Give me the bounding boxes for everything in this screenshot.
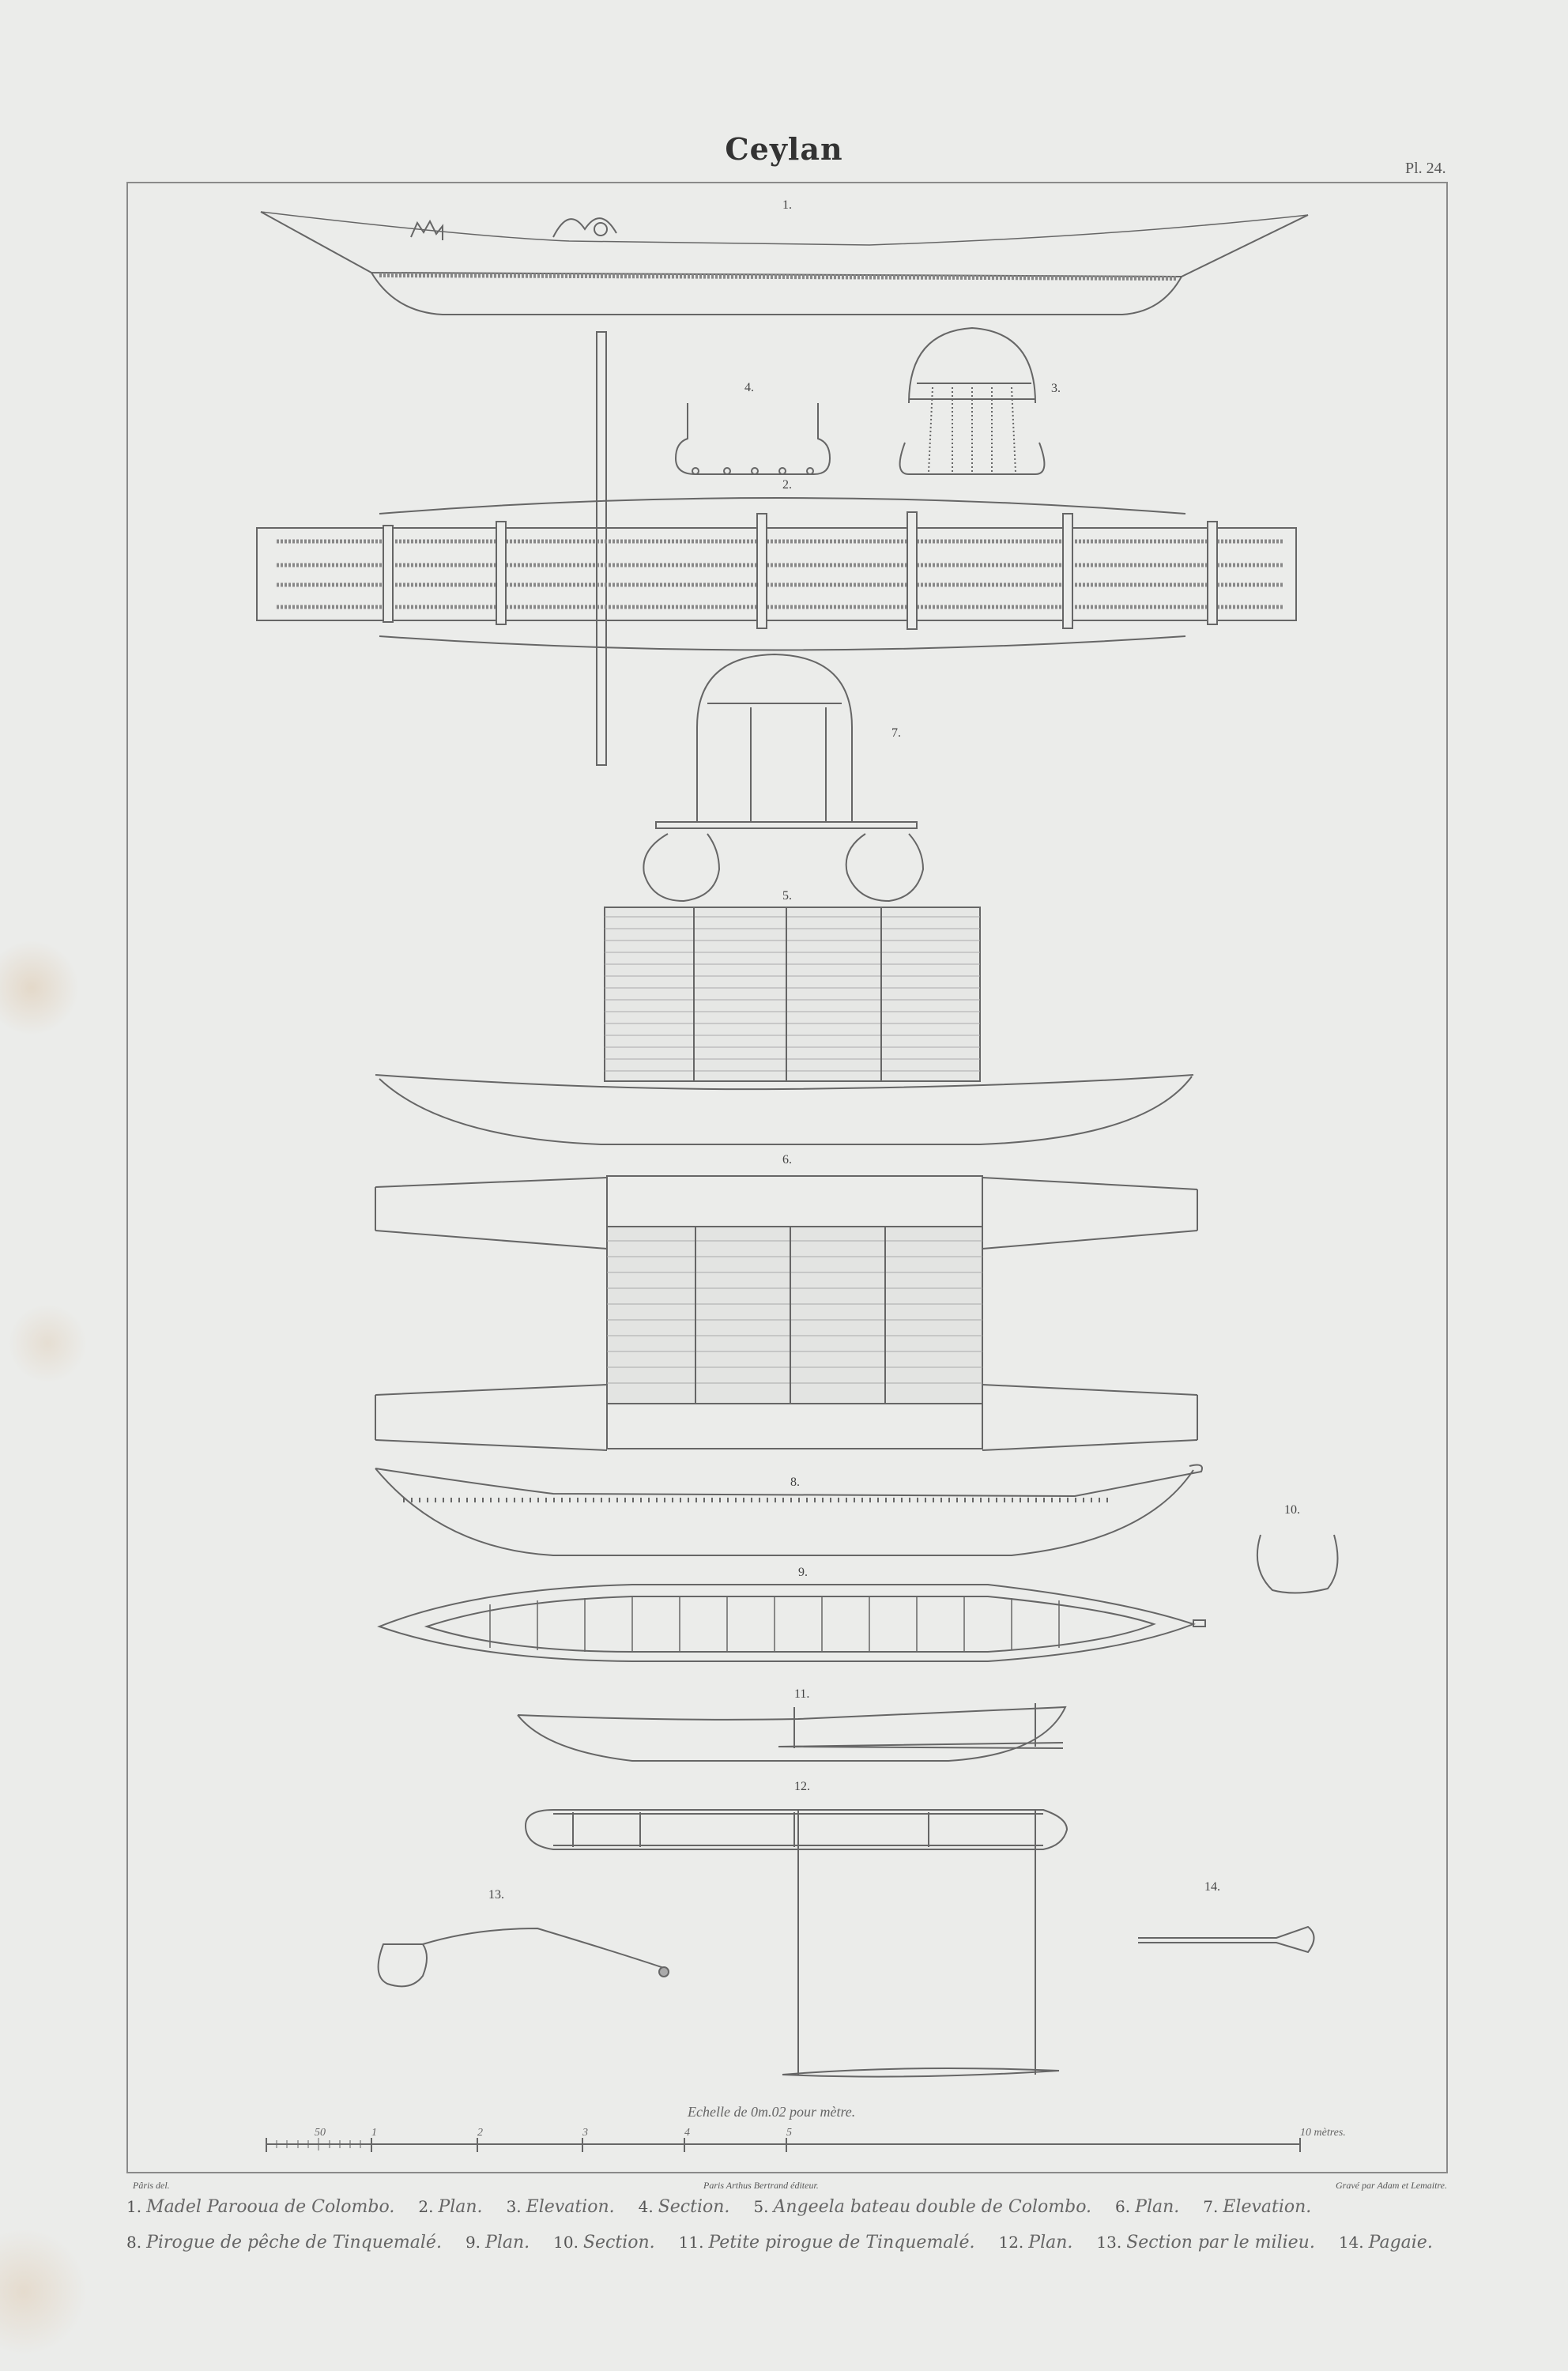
- legend-item-3: 3.Elevation.: [507, 2197, 615, 2217]
- figure-9-plan: 9.: [379, 1566, 1205, 1661]
- legend-item-9: 9.Plan.: [465, 2233, 530, 2252]
- figure-5-angeela: 5.: [375, 889, 1193, 1144]
- figure-11-petite-pirogue: 11.: [518, 1687, 1065, 1761]
- figure-4-section: 4. 2.: [676, 381, 830, 492]
- legend-item-5: 5.Angeela bateau double de Colombo.: [753, 2197, 1091, 2217]
- figure-3-label: 3.: [1051, 382, 1061, 395]
- figure-10-section: 10.: [1257, 1503, 1338, 1593]
- figure-7-elevation: 7.: [643, 654, 923, 901]
- figure-8-pirogue: 8.: [375, 1465, 1202, 1555]
- figure-13-section: 13.: [379, 1888, 669, 1986]
- figure-7-label: 7.: [891, 726, 901, 740]
- legend-item-1: 1.Madel Parooua de Colombo.: [126, 2197, 394, 2217]
- figure-6-label: 6.: [782, 1153, 792, 1167]
- figure-13-label: 13.: [488, 1888, 504, 1902]
- figure-1-madel-parooua: 1.: [261, 198, 1308, 315]
- svg-text:4: 4: [684, 2127, 690, 2139]
- figure-9-label: 9.: [798, 1566, 808, 1579]
- figure-11-label: 11.: [794, 1687, 809, 1701]
- legend-item-8: 8.Pirogue de pêche de Tinquemalé.: [126, 2233, 442, 2252]
- scale-bar: 50 1 2 3 4 5 10 mètres.: [266, 2127, 1346, 2152]
- figure-14-label: 14.: [1204, 1880, 1220, 1894]
- legend-item-4: 4.Section.: [639, 2197, 730, 2217]
- figure-1-label: 1.: [782, 198, 792, 212]
- legend-item-7: 7.Elevation.: [1203, 2197, 1311, 2217]
- figure-4-label: 4.: [744, 381, 754, 394]
- figure-12-plan: 12.: [526, 1780, 1067, 2077]
- figure-5-label: 5.: [782, 889, 792, 903]
- figure-14-pagaie: 14.: [1138, 1880, 1314, 1952]
- credit-engraver: Gravé par Adam et Lemaitre.: [1336, 2180, 1447, 2192]
- legend-item-11: 11.Petite pirogue de Tinquemalé.: [679, 2233, 975, 2252]
- legend-item-6: 6.Plan.: [1115, 2197, 1179, 2217]
- figure-8-label: 8.: [790, 1476, 800, 1489]
- svg-text:2: 2: [477, 2127, 483, 2139]
- figure-2-plan: [257, 332, 1296, 765]
- legend-row-1: 1.Madel Parooua de Colombo. 2.Plan. 3.El…: [126, 2197, 1454, 2217]
- svg-text:50: 50: [315, 2127, 326, 2139]
- legend-item-13: 13.Section par le milieu.: [1096, 2233, 1314, 2252]
- scale-title: Echelle de 0m.02 pour mètre.: [688, 2104, 855, 2120]
- svg-text:3: 3: [582, 2127, 588, 2139]
- svg-text:10 mètres.: 10 mètres.: [1300, 2127, 1346, 2139]
- figure-10-label: 10.: [1284, 1503, 1300, 1517]
- engraving-drawings: 1. 4. 2. 3.: [0, 0, 1568, 2371]
- credit-publisher: Paris Arthus Bertrand éditeur.: [703, 2180, 819, 2192]
- credit-draftsman: Pâris del.: [133, 2180, 170, 2192]
- figure-12-label: 12.: [794, 1780, 810, 1793]
- figure-2-label: 2.: [782, 478, 792, 492]
- figure-3-elevation: 3.: [900, 328, 1061, 474]
- figure-6-plan: 6.: [375, 1153, 1197, 1450]
- legend-item-12: 12.Plan.: [998, 2233, 1072, 2252]
- legend-item-2: 2.Plan.: [418, 2197, 482, 2217]
- svg-text:5: 5: [786, 2127, 792, 2139]
- legend-item-10: 10.Section.: [553, 2233, 655, 2252]
- legend-item-14: 14.Pagaie.: [1339, 2233, 1433, 2252]
- legend-row-2: 8.Pirogue de pêche de Tinquemalé. 9.Plan…: [126, 2233, 1454, 2252]
- svg-text:1: 1: [371, 2127, 377, 2139]
